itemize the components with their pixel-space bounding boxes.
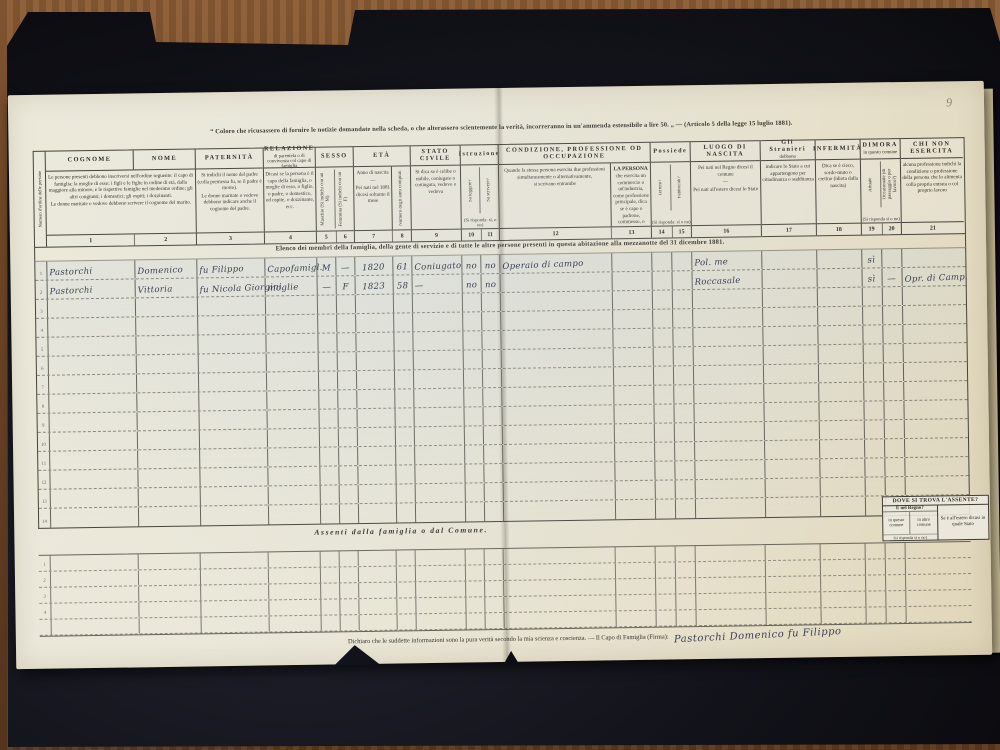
table-cell [199,448,267,467]
table-cell [463,407,482,425]
row-number: 9 [38,414,49,432]
table-cell: fu Filippo [196,258,264,277]
table-cell [482,388,501,406]
table-cell [138,506,200,526]
table-cell [138,569,200,585]
table-cell [337,352,356,370]
head-of-family-signature: Pastorchi Domenico fu Filippo [674,626,842,645]
column-title-subtitle: in questo comune [863,150,897,156]
column-title: CHI NON ESERCITA [901,138,963,158]
table-cell [197,334,265,353]
table-cell [693,403,763,422]
table-cell [265,315,317,334]
table-cell [694,460,764,479]
table-cell [355,295,393,314]
table-cell [336,314,355,332]
column-title-label: CONDIZIONE, PROFESSIONE OD OCCUPAZIONE [500,145,649,161]
absent-answer-note: (si risponda sì o no) [883,534,937,541]
table-cell [393,294,412,312]
handwritten-entry: fu Filippo [199,264,244,276]
table-cell [500,291,612,311]
row-number: 6 [37,357,48,375]
table-cell [819,459,864,478]
handwritten-entry: no [485,280,497,290]
table-cell [481,312,500,330]
table-cell [197,315,265,334]
table-cell [652,328,672,346]
table-cell [481,293,500,311]
table-cell [882,325,902,343]
table-cell [864,543,884,558]
table-cell: Capofamigl. [264,258,316,277]
table-cell [503,611,615,628]
table-cell [465,483,484,501]
rotated-label: Sa leggere? [468,179,474,202]
column-notes: Si dica se è celibe o nubile, coniugato … [411,166,461,231]
table-cell [318,352,337,370]
column-note-text: Dica se è cieco, sordo-muto o cretino (i… [817,163,859,190]
table-cell [655,546,675,561]
table-cell [613,367,653,386]
table-cell [465,502,484,521]
table-cell [268,568,320,584]
table-cell [200,600,268,616]
column-group: RELAZIONEdi parentela o di convivenza co… [263,148,316,244]
table-cell [396,484,415,502]
column-titles: INFERMITÀ [816,140,860,161]
rotated-label-column: Occasionale (di passaggio o per lavoro?) [880,161,900,207]
rotated-label-column: Sa leggere? [462,167,480,213]
table-cell [654,442,674,460]
table-cell [393,332,412,350]
table-cell [862,325,882,343]
rotated-label-column: Terreni? [652,164,671,210]
table-cell [865,559,885,574]
table-cell [198,410,266,429]
column-numbers: 9 [412,230,461,242]
row-number: 12 [38,471,49,489]
handwritten-entry: 1820 [362,262,385,273]
table-cell [615,481,655,500]
column-group: Gli Stranieridebbonoindicare lo Stato a … [760,140,816,236]
table-cell [501,348,613,368]
column-number: 15 [671,226,691,237]
table-cell: Operaio di campo [499,253,611,273]
column-number: 6 [335,231,354,242]
column-numbers: 16 [692,225,761,237]
table-cell [885,559,905,574]
table-cell [319,428,338,446]
table-cell [51,618,139,634]
table-cell [615,579,655,595]
absent-in-kingdom-cell: È nel Regno? in questo comune in altro c… [883,506,938,541]
table-cell [901,248,964,267]
column-numbers: 56 [317,231,354,243]
column-title: RELAZIONEdi parentela o di convivenza co… [264,148,315,168]
column-note-text: che esercita un commercio o un'industria… [612,173,650,227]
table-cell [765,478,820,497]
table-cell [394,351,413,369]
table-cell: Vittoria [135,278,197,297]
column-note-text: indicare lo Stato a cui appartengono per… [762,163,814,184]
table-cell [355,314,393,333]
column-title: INFERMITÀ [816,140,860,160]
table-cell [357,447,395,466]
table-cell [819,421,864,440]
column-title-label: Istruzione [459,151,500,159]
table-cell [902,305,965,324]
handwritten-entry: Capofamigl. [267,263,323,275]
table-cell [885,477,905,495]
table-cell [905,606,968,622]
table-cell [863,401,883,419]
table-cell [500,329,612,349]
table-cell [675,562,695,577]
column-notes: indicare lo Stato a cui appartengono per… [761,160,816,225]
table-cell [863,344,883,362]
table-cell [816,269,861,288]
table-cell [336,333,355,351]
rotated-label-column: Fabbricati? [670,164,690,210]
column-title-label: DIMORA [862,142,897,149]
rotated-label-column: Femmina (Si indichi con un F) [334,169,353,228]
table-cell [415,582,465,598]
table-cell [819,544,864,560]
table-cell [318,371,337,389]
table-cell [674,461,694,479]
column-titles: CHI NON ESERCITA [901,138,963,159]
row-number: 2 [39,572,50,587]
table-header: Numero d'ordine delle personeCOGNOMENOME… [33,137,966,248]
column-title-label: LUOGO DI NASCITA [692,144,759,159]
table-cell [818,402,863,421]
column-numbers: 1213 [500,227,651,240]
absent-location-box: DOVE SI TROVA L'ASSENTE? È nel Regno? in… [882,495,990,542]
table-cell: fu Nicola Giorgini [197,277,265,296]
table-cell [820,608,865,624]
column-titles: COGNOMENOME [46,150,195,172]
table-cell [905,574,968,590]
table-cell [655,610,675,625]
table-cell [675,594,695,609]
row-number-column-header: Numero d'ordine delle persone [34,152,46,247]
column-title-label: ETÀ [373,153,390,160]
table-cell [266,372,318,391]
table-cell [138,553,200,569]
table-cell [356,390,394,409]
column-number: 14 [652,226,672,237]
absent-table: 1234 [39,541,972,637]
table-cell [612,310,652,329]
column-note: LA PERSONAche esercita un commercio o un… [610,163,651,227]
table-cell [414,446,464,465]
scanned-census-photo: 9 “ Coloro che ricusassero di fornire le… [0,0,1000,750]
table-cell [339,599,358,614]
table-cell [138,601,200,617]
table-cell [358,504,396,524]
table-cell [883,363,903,381]
table-cell [654,461,674,479]
column-group: SESSOMaschio (Si indichi con un M)Femmin… [315,147,354,243]
table-cell [653,404,673,422]
table-cell [819,440,864,459]
column-note-text: — [355,177,390,184]
census-sheet: 9 “ Coloro che ricusassero di fornire le… [8,81,992,669]
table-cell [268,486,320,505]
table-cell [320,599,339,614]
handwritten-entry: 58 [397,281,409,291]
table-cell [484,565,503,580]
table-cell [482,350,501,368]
table-cell: 1820 [354,257,392,276]
table-cell [675,610,695,625]
handwritten-entry: no [466,280,478,290]
table-cell [613,386,653,405]
table-cell [48,355,136,374]
row-number [40,620,51,635]
table-cell: Opr. di Camp. [901,267,964,286]
table-cell [483,445,502,463]
table-cell [135,316,197,335]
column-notes: AttualeOccasionale (di passaggio o per l… [861,159,901,224]
census-form-page: 9 “ Coloro che ricusassero di fornire le… [8,81,992,669]
table-cell [267,448,319,467]
column-note-text: Dicasi se la persona è il capo della fam… [265,171,315,211]
table-cell [762,288,817,307]
table-cell [318,390,337,408]
table-cell [882,306,902,324]
table-cell [465,597,484,612]
rotated-label: Maschio (Si indichi con un M) [320,169,332,228]
table-cell [503,595,615,612]
table-cell [615,595,655,611]
table-cell [763,383,818,402]
handwritten-entry: — [322,282,331,292]
column-group: CHI NON ESERCITAalcuna professione indic… [900,138,964,234]
column-title-label: INFERMITÀ [813,146,862,154]
page-number: 9 [946,95,952,110]
table-cell: — [335,257,354,275]
rotated-labels: AttualeOccasionale (di passaggio o per l… [862,161,900,208]
table-cell [614,462,654,481]
table-cell [763,402,818,421]
row-number: 1 [39,556,50,571]
column-title-label: PATERNITÀ [205,155,254,163]
column-group: PossiedeTerreni?Fabbricati?(Si risponda:… [650,142,691,238]
table-cell [865,607,885,622]
table-cell [47,336,135,355]
table-cell [413,370,463,389]
table-cell [135,297,197,316]
column-number: 9 [412,230,461,242]
table-cell [612,291,652,310]
table-cell [268,584,320,600]
bottom-center-notch [504,651,518,663]
table-cell [47,298,135,317]
table-cell [764,440,819,459]
table-cell [765,608,820,624]
column-title: SESSO [316,147,353,167]
table-cell [503,563,615,580]
column-titles: STATO CIVILE [411,146,460,167]
table-cell [762,307,817,326]
row-number: 10 [38,433,49,451]
table-cell [47,317,135,336]
table-cell [359,615,397,631]
table-cell [613,405,653,424]
table-cell [613,348,653,367]
column-note-text: Le donne maritate o vedove debbono scriv… [47,200,194,209]
table-cell [820,478,865,497]
column-titles: DIMORAin questo comune [861,139,900,160]
column-title: ETÀ [354,146,410,166]
table-cell [905,558,968,574]
table-cell [484,502,503,521]
table-cell [320,583,339,598]
rotated-label-column: Maschio (Si indichi con un M) [317,169,335,228]
column-title-label: RELAZIONE [264,145,314,153]
table-cell [266,410,318,429]
table-cell [339,504,358,523]
column-answer-note: (Si risponda: sì o no) [652,219,691,225]
table-cell [904,419,967,438]
table-cell [695,561,765,577]
column-titles: Gli Stranieridebbono [761,140,815,161]
table-cell [820,560,865,576]
handwritten-entry: Pastorchi [49,266,92,278]
column-note: Maschio (Si indichi con un M)Femmina (Si… [316,167,354,231]
column-note: Numero degli anni compiuti [391,166,411,229]
column-group: CONDIZIONE, PROFESSIONE OD OCCUPAZIONEQu… [498,143,651,240]
table-cell [483,464,502,482]
table-cell [199,467,267,486]
column-note-text: Le persone presenti debbono inscriversi … [47,173,194,202]
table-cell [50,488,138,507]
table-cell [200,552,268,568]
table-cell [319,447,338,465]
table-cell [864,420,884,438]
column-title: STATO CIVILE [411,146,460,166]
table-cell [863,363,883,381]
table-cell [416,614,466,630]
table-cell [465,549,484,564]
table-cell [611,272,651,291]
table-cell [464,445,483,463]
table-cell [200,568,268,584]
table-cell [653,385,673,403]
table-cell [693,384,763,403]
row-number: 5 [36,338,47,356]
column-note-text: si scrivano entrambe [500,181,609,189]
bottom-edge-tear [334,645,380,666]
table-cell [765,560,820,576]
column-title-label: CHI NON ESERCITA [902,141,962,156]
table-cell [339,583,358,598]
table-cell [50,507,138,527]
handwritten-entry: Operaio di campo [502,259,584,272]
table-cell [655,480,675,498]
table-cell [394,408,413,426]
column-group: INFERMITÀDica se è cieco, sordo-muto o c… [815,140,861,236]
table-cell [865,477,885,495]
column-title-label: STATO CIVILE [412,148,459,163]
column-title: COGNOME [46,150,134,170]
table-cell [615,500,655,520]
column-title-label: NOME [152,156,177,163]
table-cell: sì [861,268,881,286]
column-number: 12 [500,227,611,240]
table-cell [695,545,765,561]
table-cell [358,551,396,567]
column-group: ETÀAnno di nascita—Pei nati nel 1881 dic… [353,146,411,242]
table-cell [321,615,340,630]
table-cell [902,286,965,305]
table-cell [503,579,615,596]
table-cell [673,385,693,403]
table-cell [614,424,654,443]
table-cell: no [461,274,480,292]
table-cell [50,602,138,618]
column-titles: CONDIZIONE, PROFESSIONE OD OCCUPAZIONE [499,143,650,165]
column-number: 8 [392,230,411,241]
column-notes: Le persone presenti debbono inscriversi … [46,170,196,236]
table-cell [820,592,865,608]
column-note: indicare lo Stato a cui appartengono per… [761,160,816,224]
table-cell [675,578,695,593]
table-cell [396,550,415,565]
table-cell [464,464,483,482]
table-cell [881,249,901,267]
table-cell [49,412,137,431]
column-number: 18 [817,224,861,236]
legal-warning-line: “ Coloro che ricusassero di fornire le n… [78,118,924,138]
table-cell [137,430,199,449]
column-note-text: Si dica se è celibe o nubile, coniugato … [412,169,459,196]
table-cell [413,389,463,408]
table-cell [883,344,903,362]
column-title: CONDIZIONE, PROFESSIONE OD OCCUPAZIONE [499,143,650,164]
table-cell [654,423,674,441]
table-cell [49,450,137,469]
column-title: PATERNITÀ [196,148,263,168]
table-cell [501,386,613,406]
table-cell: Pastorchi [47,279,135,298]
row-number: 3 [36,300,47,318]
column-group: LUOGO DI NASCITAPei nati nel Regno dices… [690,141,761,237]
table-cell [502,462,614,482]
table-cell [818,364,863,383]
handwritten-entry: moglie [267,283,298,294]
handwritten-entry: Coniugato [414,261,461,273]
table-cell [320,504,339,523]
table-cell [481,331,500,349]
table-cell [885,607,905,622]
table-cell: no [461,255,480,273]
table-cell [50,586,138,602]
table-cell [268,505,320,525]
table-cell [692,289,762,308]
table-cell: 61 [392,256,411,274]
table-cell [356,409,394,428]
row-number: 11 [38,452,49,470]
handwritten-entry: sì [868,274,876,284]
handwritten-entry: sì [868,255,876,265]
table-cell [502,443,614,463]
column-number: 1 [47,234,135,246]
table-cell [655,562,675,577]
table-cell [415,550,465,566]
table-cell [198,372,266,391]
